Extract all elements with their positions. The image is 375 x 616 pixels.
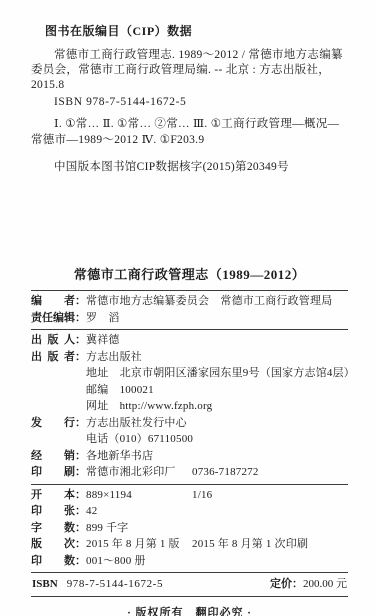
row-colon: ：: [75, 505, 86, 517]
colophon-row-address: 地址 北京市朝阳区潘家园东里9号（国家方志馆4层）: [31, 365, 348, 382]
row-colon: ：: [75, 489, 86, 501]
row-value: 电话（010）67110500: [86, 433, 193, 445]
colophon-row-editor: 编者：常德市地方志编纂委员会 常德市工商行政管理局: [31, 293, 348, 310]
colophon-row-format: 开本：889×11941/16: [31, 487, 348, 504]
row-colon: ：: [75, 417, 86, 429]
row-label: 发行: [31, 415, 75, 432]
colophon-row-publisher: 出版者：方志出版社: [31, 349, 348, 366]
cip-heading: 图书在版编目（CIP）数据: [45, 22, 348, 39]
colophon-row-website: 网址 http://www.fzph.org: [31, 398, 348, 415]
row-colon: ：: [75, 466, 86, 478]
colophon-row-distribution: 发行：方志出版社发行中心: [31, 415, 348, 432]
isbn-group: ISBN978-7-5144-1672-5: [32, 575, 163, 593]
price-group: 定价：200.00 元: [270, 575, 347, 593]
row-value: 冀祥德: [86, 334, 120, 346]
row-value: 2015 年 8 月第 1 版: [86, 536, 192, 553]
colophon: 编者：常德市地方志编纂委员会 常德市工商行政管理局 责任编辑：罗 滔 出版人：冀…: [31, 293, 348, 616]
row-value: 各地新华书店: [86, 450, 153, 462]
row-label: 编者: [31, 293, 75, 310]
row-colon: ：: [75, 522, 86, 534]
row-label: 开本: [31, 487, 75, 504]
row-colon: ：: [75, 334, 86, 346]
row-value-secondary: 2015 年 8 月第 1 次印刷: [192, 538, 308, 550]
colophon-row-publisher-person: 出版人：冀祥德: [31, 332, 348, 349]
row-label: 版次: [31, 536, 75, 553]
cip-classification: Ⅰ. ①常… Ⅱ. ①常… ②常… Ⅲ. ①工商行政管理—概况—常德市—1989…: [31, 117, 348, 148]
divider: [31, 290, 348, 291]
row-value: 方志出版社发行中心: [86, 417, 187, 429]
divider: [31, 596, 348, 597]
row-value: 常德市湘北彩印厂: [86, 464, 192, 481]
price-colon: ：: [292, 578, 303, 590]
divider: [31, 329, 348, 330]
copyright-notice: · 版权所有 翻印必究 ·: [31, 604, 348, 616]
row-label: 责任编辑: [31, 310, 75, 327]
row-colon: ：: [75, 312, 86, 324]
colophon-row-edition: 版次：2015 年 8 月第 1 版2015 年 8 月第 1 次印刷: [31, 536, 348, 553]
row-label: 出版人: [31, 332, 75, 349]
row-value: 889×1194: [86, 487, 192, 504]
row-colon: ：: [75, 555, 86, 567]
colophon-row-sheets: 印张：42: [31, 503, 348, 520]
row-colon: ：: [75, 295, 86, 307]
book-title: 常德市工商行政管理志（1989—2012）: [31, 267, 348, 283]
row-value: 地址 北京市朝阳区潘家园东里9号（国家方志馆4层）: [86, 367, 355, 379]
row-label: 印数: [31, 553, 75, 570]
row-value: 罗 滔: [86, 312, 120, 324]
row-colon: ：: [75, 450, 86, 462]
row-value: 常德市地方志编纂委员会 常德市工商行政管理局: [86, 295, 332, 307]
row-label: 经销: [31, 448, 75, 465]
colophon-row-wordcount: 字数：899 千字: [31, 520, 348, 537]
row-value: 邮编 100021: [86, 384, 154, 396]
row-value: 899 千字: [86, 522, 128, 534]
isbn-number: 978-7-5144-1672-5: [67, 578, 163, 590]
row-value-secondary: 0736-7187272: [192, 466, 259, 478]
row-colon: ：: [75, 351, 86, 363]
divider: [31, 484, 348, 485]
row-label: 字数: [31, 520, 75, 537]
isbn-label: ISBN: [32, 578, 58, 590]
row-value-secondary: 1/16: [192, 489, 212, 501]
colophon-page: 图书在版编目（CIP）数据 常德市工商行政管理志. 1989～2012 / 常德…: [0, 0, 375, 616]
row-label: 印刷: [31, 464, 75, 481]
colophon-row-phone: 电话（010）67110500: [31, 431, 348, 448]
cip-block: 图书在版编目（CIP）数据 常德市工商行政管理志. 1989～2012 / 常德…: [31, 22, 348, 175]
cip-record-number: 中国版本图书馆CIP数据核字(2015)第20349号: [31, 160, 348, 175]
row-value: 001～800 册: [86, 555, 146, 567]
colophon-row-postcode: 邮编 100021: [31, 382, 348, 399]
row-value: 方志出版社: [86, 351, 142, 363]
price-value: 200.00 元: [303, 578, 347, 590]
colophon-row-seller: 经销：各地新华书店: [31, 448, 348, 465]
colophon-row-responsible-editor: 责任编辑：罗 滔: [31, 310, 348, 327]
cip-description: 常德市工商行政管理志. 1989～2012 / 常德市地方志编纂委员会，常德市工…: [31, 48, 348, 93]
price-label: 定价: [270, 578, 292, 590]
row-value: 网址 http://www.fzph.org: [86, 400, 212, 412]
row-label: 出版者: [31, 349, 75, 366]
row-colon: ：: [75, 538, 86, 550]
isbn-price-bar: ISBN978-7-5144-1672-5 定价：200.00 元: [31, 575, 348, 593]
colophon-row-print-run: 印数：001～800 册: [31, 553, 348, 570]
divider: [31, 572, 348, 573]
cip-isbn: ISBN 978-7-5144-1672-5: [31, 95, 348, 110]
row-value: 42: [86, 505, 97, 517]
row-label: 印张: [31, 503, 75, 520]
colophon-row-printer: 印刷：常德市湘北彩印厂0736-7187272: [31, 464, 348, 481]
